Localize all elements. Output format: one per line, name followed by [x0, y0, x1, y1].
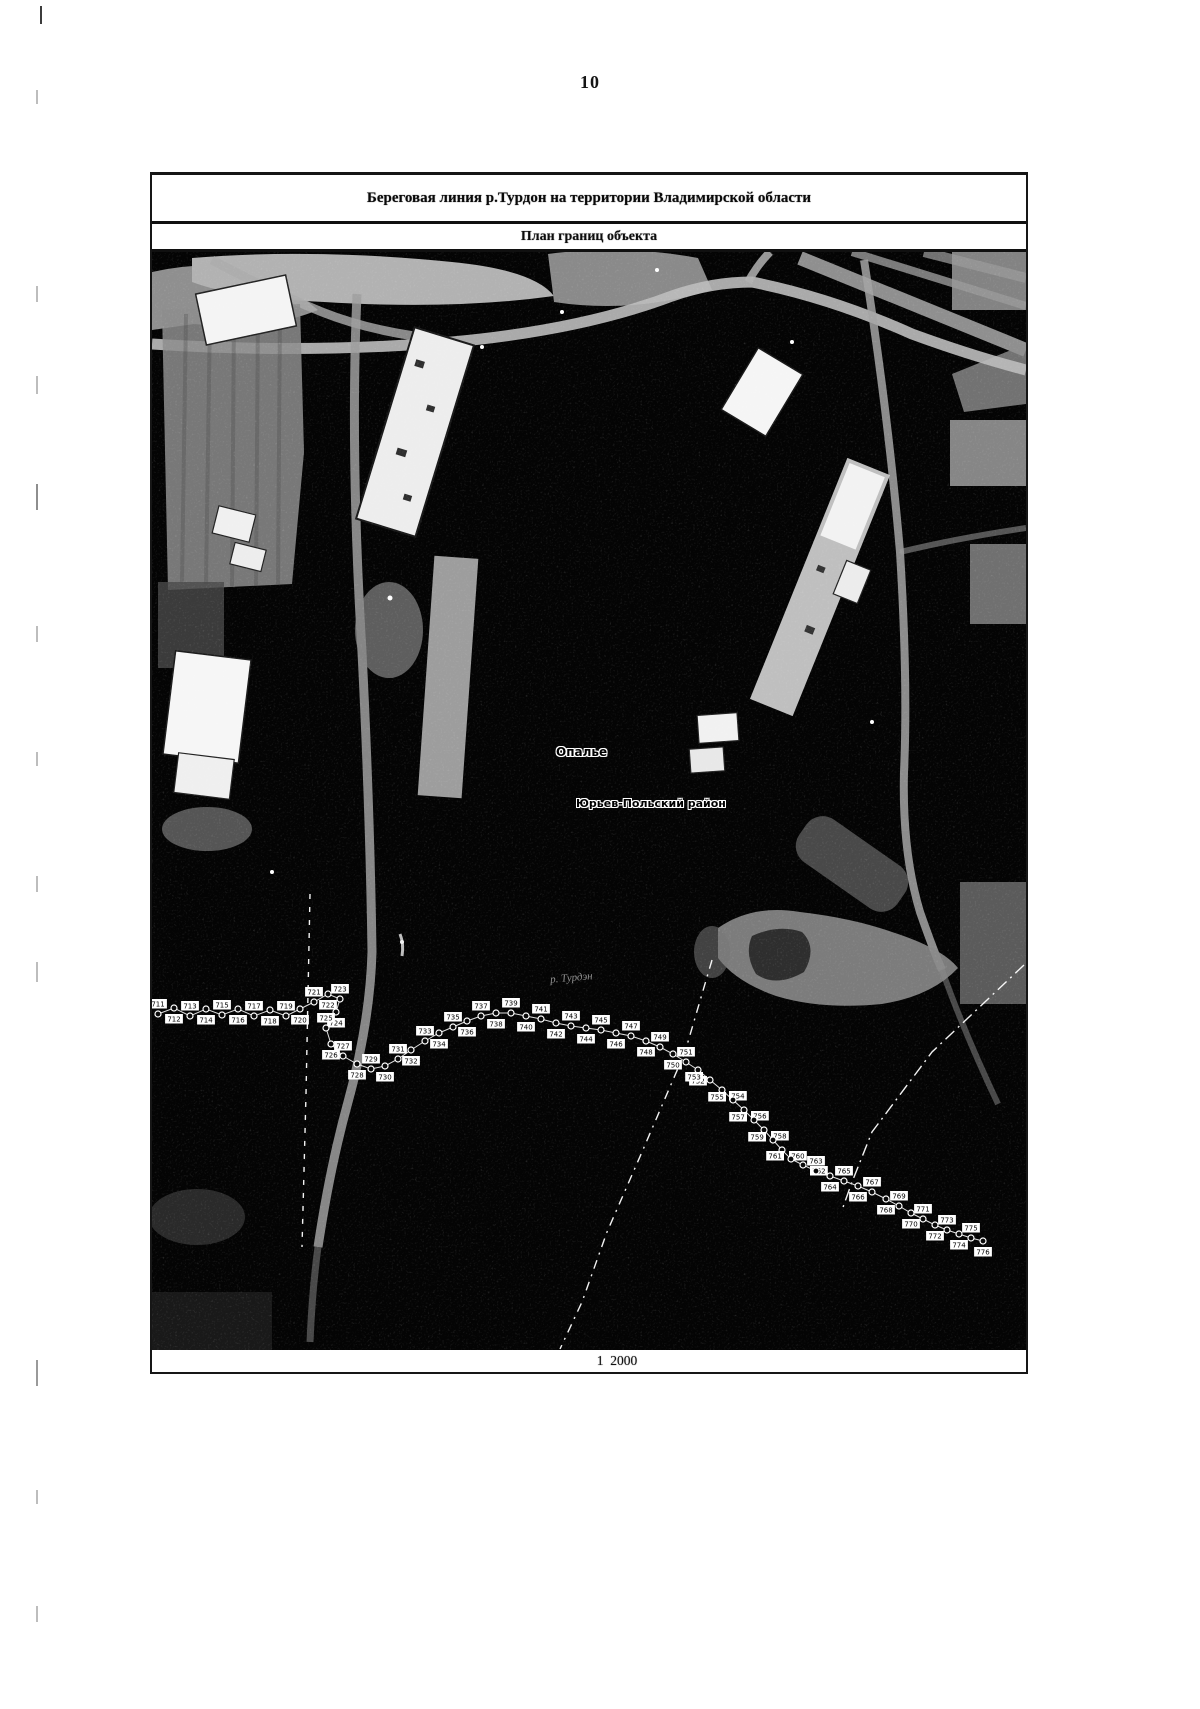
- point-label: 768: [877, 1205, 895, 1215]
- svg-text:726: 726: [324, 1052, 338, 1060]
- point-label: 746: [607, 1039, 625, 1049]
- point-label: 722: [319, 1000, 337, 1010]
- boundary-point: [896, 1203, 902, 1209]
- scan-artifact: [40, 6, 42, 24]
- point-label: 764: [821, 1182, 839, 1192]
- svg-text:742: 742: [549, 1031, 562, 1039]
- boundary-point: [368, 1066, 374, 1072]
- svg-text:769: 769: [892, 1193, 905, 1201]
- boundary-point: [553, 1020, 559, 1026]
- boundary-point: [523, 1013, 529, 1019]
- svg-text:775: 775: [964, 1225, 977, 1233]
- point-label: 766: [849, 1192, 867, 1202]
- point-label: 765: [835, 1166, 853, 1176]
- scan-artifact: [36, 90, 38, 104]
- svg-text:774: 774: [952, 1242, 966, 1250]
- point-label: 776: [974, 1247, 992, 1257]
- point-label: 728: [348, 1070, 366, 1080]
- svg-text:727: 727: [336, 1043, 349, 1051]
- boundary-point: [751, 1117, 757, 1123]
- boundary-point: [869, 1189, 875, 1195]
- svg-text:725: 725: [319, 1015, 332, 1023]
- svg-text:716: 716: [231, 1017, 245, 1025]
- boundary-point: [464, 1018, 470, 1024]
- boundary-point: [956, 1231, 962, 1237]
- boundary-point: [340, 1053, 346, 1059]
- point-label: 738: [487, 1019, 505, 1029]
- point-label: 733: [416, 1026, 434, 1036]
- point-label: 714: [197, 1015, 215, 1025]
- boundary-point: [382, 1063, 388, 1069]
- point-label: 775: [962, 1223, 980, 1233]
- boundary-point: [235, 1006, 241, 1012]
- point-label: 751: [677, 1047, 695, 1057]
- svg-text:745: 745: [594, 1017, 607, 1025]
- scale-label: 1 2000: [597, 1353, 638, 1369]
- svg-text:735: 735: [446, 1014, 459, 1022]
- boundary-point: [920, 1216, 926, 1222]
- point-label: 720: [291, 1015, 309, 1025]
- boundary-point: [450, 1024, 456, 1030]
- boundary-point: [980, 1238, 986, 1244]
- page-number: 10: [0, 72, 1180, 93]
- point-label: 767: [863, 1177, 881, 1187]
- boundary-point: [800, 1162, 806, 1168]
- point-label: 761: [766, 1151, 784, 1161]
- svg-text:733: 733: [418, 1028, 431, 1036]
- district-label: Юрьев-Польский район: [576, 797, 726, 810]
- scan-artifact: [36, 1490, 38, 1504]
- svg-text:759: 759: [750, 1134, 763, 1142]
- svg-text:766: 766: [851, 1194, 865, 1202]
- boundary-point: [171, 1005, 177, 1011]
- point-label: 740: [517, 1022, 535, 1032]
- boundary-point: [251, 1013, 257, 1019]
- point-label: 759: [748, 1132, 766, 1142]
- svg-text:748: 748: [639, 1049, 652, 1057]
- svg-text:763: 763: [809, 1158, 822, 1166]
- scale-row: 1 2000: [152, 1350, 1026, 1372]
- boundary-point: [408, 1047, 414, 1053]
- point-label: 721: [305, 987, 323, 997]
- boundary-point: [613, 1030, 619, 1036]
- boundary-point: [643, 1038, 649, 1044]
- svg-text:738: 738: [489, 1021, 502, 1029]
- svg-text:767: 767: [865, 1179, 878, 1187]
- svg-text:771: 771: [916, 1206, 929, 1214]
- scan-artifact: [36, 484, 38, 510]
- boundary-point: [538, 1016, 544, 1022]
- point-label: 763: [807, 1156, 825, 1166]
- point-label: 735: [444, 1012, 462, 1022]
- svg-text:741: 741: [534, 1006, 547, 1014]
- svg-text:773: 773: [940, 1217, 953, 1225]
- boundary-point: [813, 1168, 819, 1174]
- svg-text:730: 730: [378, 1074, 391, 1082]
- boundary-point: [337, 996, 343, 1002]
- svg-text:770: 770: [904, 1221, 917, 1229]
- svg-text:721: 721: [307, 989, 320, 997]
- svg-text:722: 722: [321, 1002, 334, 1010]
- point-label: 749: [651, 1032, 669, 1042]
- scan-artifact: [36, 1360, 38, 1386]
- svg-text:743: 743: [564, 1013, 577, 1021]
- boundary-point: [187, 1013, 193, 1019]
- boundary-point: [311, 999, 317, 1005]
- svg-text:714: 714: [199, 1017, 213, 1025]
- svg-text:728: 728: [350, 1072, 363, 1080]
- point-label: 730: [376, 1072, 394, 1082]
- svg-text:757: 757: [731, 1114, 744, 1122]
- boundary-point: [422, 1038, 428, 1044]
- boundary-point: [598, 1027, 604, 1033]
- boundary-point: [436, 1030, 442, 1036]
- point-label: 755: [708, 1092, 726, 1102]
- plan-frame: Береговая линия р.Турдон на территории В…: [150, 172, 1028, 1374]
- boundary-point: [827, 1173, 833, 1179]
- boundary-point: [568, 1023, 574, 1029]
- point-label: 725: [317, 1013, 335, 1023]
- boundary-point: [683, 1059, 689, 1065]
- point-label: 713: [181, 1001, 199, 1011]
- point-label: 743: [562, 1011, 580, 1021]
- boundary-point: [323, 1025, 329, 1031]
- point-label: 731: [389, 1044, 407, 1054]
- point-label: 750: [664, 1060, 682, 1070]
- point-label: 745: [592, 1015, 610, 1025]
- scan-artifact: [36, 1606, 38, 1622]
- point-label: 744: [577, 1034, 595, 1044]
- svg-text:737: 737: [474, 1003, 487, 1011]
- svg-text:765: 765: [837, 1168, 850, 1176]
- point-label: 747: [622, 1021, 640, 1031]
- boundary-point: [583, 1025, 589, 1031]
- point-label: 772: [926, 1231, 944, 1241]
- svg-text:729: 729: [364, 1056, 377, 1064]
- boundary-point: [395, 1056, 401, 1062]
- scan-artifact: [36, 962, 38, 982]
- point-label: 723: [331, 984, 349, 994]
- point-label: 711: [152, 999, 167, 1009]
- boundary-point: [944, 1227, 950, 1233]
- point-label: 732: [402, 1056, 420, 1066]
- svg-text:761: 761: [768, 1153, 781, 1161]
- point-label: 748: [637, 1047, 655, 1057]
- svg-text:755: 755: [710, 1094, 723, 1102]
- scan-artifact: [36, 752, 38, 766]
- point-label: 712: [165, 1014, 183, 1024]
- settlement-label: Опалье: [556, 745, 607, 759]
- svg-text:718: 718: [263, 1018, 276, 1026]
- boundary-point: [628, 1033, 634, 1039]
- svg-text:749: 749: [653, 1034, 666, 1042]
- point-label: 770: [902, 1219, 920, 1229]
- boundary-point: [478, 1013, 484, 1019]
- point-label: 727: [334, 1041, 352, 1051]
- svg-text:713: 713: [183, 1003, 196, 1011]
- svg-text:740: 740: [519, 1024, 532, 1032]
- point-label: 718: [261, 1016, 279, 1026]
- boundary-point: [267, 1007, 273, 1013]
- svg-text:768: 768: [879, 1207, 892, 1215]
- svg-text:747: 747: [624, 1023, 637, 1031]
- scan-artifact: [36, 626, 38, 642]
- point-label: 734: [430, 1039, 448, 1049]
- boundary-point: [883, 1196, 889, 1202]
- point-label: 742: [547, 1029, 565, 1039]
- svg-text:731: 731: [391, 1046, 404, 1054]
- point-label: 729: [362, 1054, 380, 1064]
- point-label: 757: [729, 1112, 747, 1122]
- point-label: 726: [322, 1050, 340, 1060]
- svg-text:744: 744: [579, 1036, 593, 1044]
- boundary-point: [932, 1222, 938, 1228]
- plan-subtitle: План границ объекта: [152, 224, 1026, 252]
- point-label: 769: [890, 1191, 908, 1201]
- point-label: 773: [938, 1215, 956, 1225]
- boundary-point: [493, 1010, 499, 1016]
- svg-text:717: 717: [247, 1003, 260, 1011]
- boundary-point: [328, 1041, 334, 1047]
- boundary-point: [657, 1044, 663, 1050]
- svg-text:711: 711: [152, 1001, 165, 1009]
- point-label: 774: [950, 1240, 968, 1250]
- svg-text:772: 772: [928, 1233, 941, 1241]
- boundary-point: [788, 1156, 794, 1162]
- boundary-point: [908, 1210, 914, 1216]
- boundary-point: [841, 1178, 847, 1184]
- boundary-point: [730, 1097, 736, 1103]
- point-label: 739: [502, 998, 520, 1008]
- point-label: 753: [685, 1072, 703, 1082]
- boundary-point: [219, 1012, 225, 1018]
- point-label: 715: [213, 1000, 231, 1010]
- scan-artifact: [36, 286, 38, 302]
- boundary-point: [325, 991, 331, 997]
- svg-text:719: 719: [279, 1003, 292, 1011]
- svg-text:750: 750: [666, 1062, 679, 1070]
- boundary-point: [155, 1011, 161, 1017]
- svg-text:720: 720: [293, 1017, 306, 1025]
- point-label: 737: [472, 1001, 490, 1011]
- boundary-point: [968, 1235, 974, 1241]
- plan-title: Береговая линия р.Турдон на территории В…: [152, 175, 1026, 224]
- svg-text:732: 732: [404, 1058, 417, 1066]
- point-label: 741: [532, 1004, 550, 1014]
- point-label: 716: [229, 1015, 247, 1025]
- point-label: 736: [458, 1027, 476, 1037]
- boundary-point: [297, 1006, 303, 1012]
- satellite-map: 7117127137147157167177187197207217227237…: [152, 252, 1026, 1350]
- scan-artifact: [36, 376, 38, 394]
- boundary-point: [770, 1137, 776, 1143]
- svg-text:715: 715: [215, 1002, 228, 1010]
- svg-text:736: 736: [460, 1029, 474, 1037]
- boundary-point: [670, 1051, 676, 1057]
- point-label: 717: [245, 1001, 263, 1011]
- scanned-document-page: { "page": { "number": "10" }, "panel": {…: [0, 0, 1200, 1709]
- boundary-point: [855, 1183, 861, 1189]
- svg-text:712: 712: [167, 1016, 180, 1024]
- svg-text:753: 753: [687, 1074, 700, 1082]
- scan-artifact: [36, 876, 38, 892]
- boundary-point: [203, 1006, 209, 1012]
- point-label: 719: [277, 1001, 295, 1011]
- svg-text:734: 734: [432, 1041, 446, 1049]
- boundary-point: [508, 1010, 514, 1016]
- svg-text:739: 739: [504, 1000, 517, 1008]
- boundary-point: [354, 1061, 360, 1067]
- svg-text:723: 723: [333, 986, 346, 994]
- svg-text:746: 746: [609, 1041, 623, 1049]
- boundary-point: [283, 1013, 289, 1019]
- svg-text:764: 764: [823, 1184, 837, 1192]
- svg-text:776: 776: [976, 1249, 990, 1257]
- svg-text:751: 751: [679, 1049, 692, 1057]
- point-label: 771: [914, 1204, 932, 1214]
- boundary-point: [707, 1077, 713, 1083]
